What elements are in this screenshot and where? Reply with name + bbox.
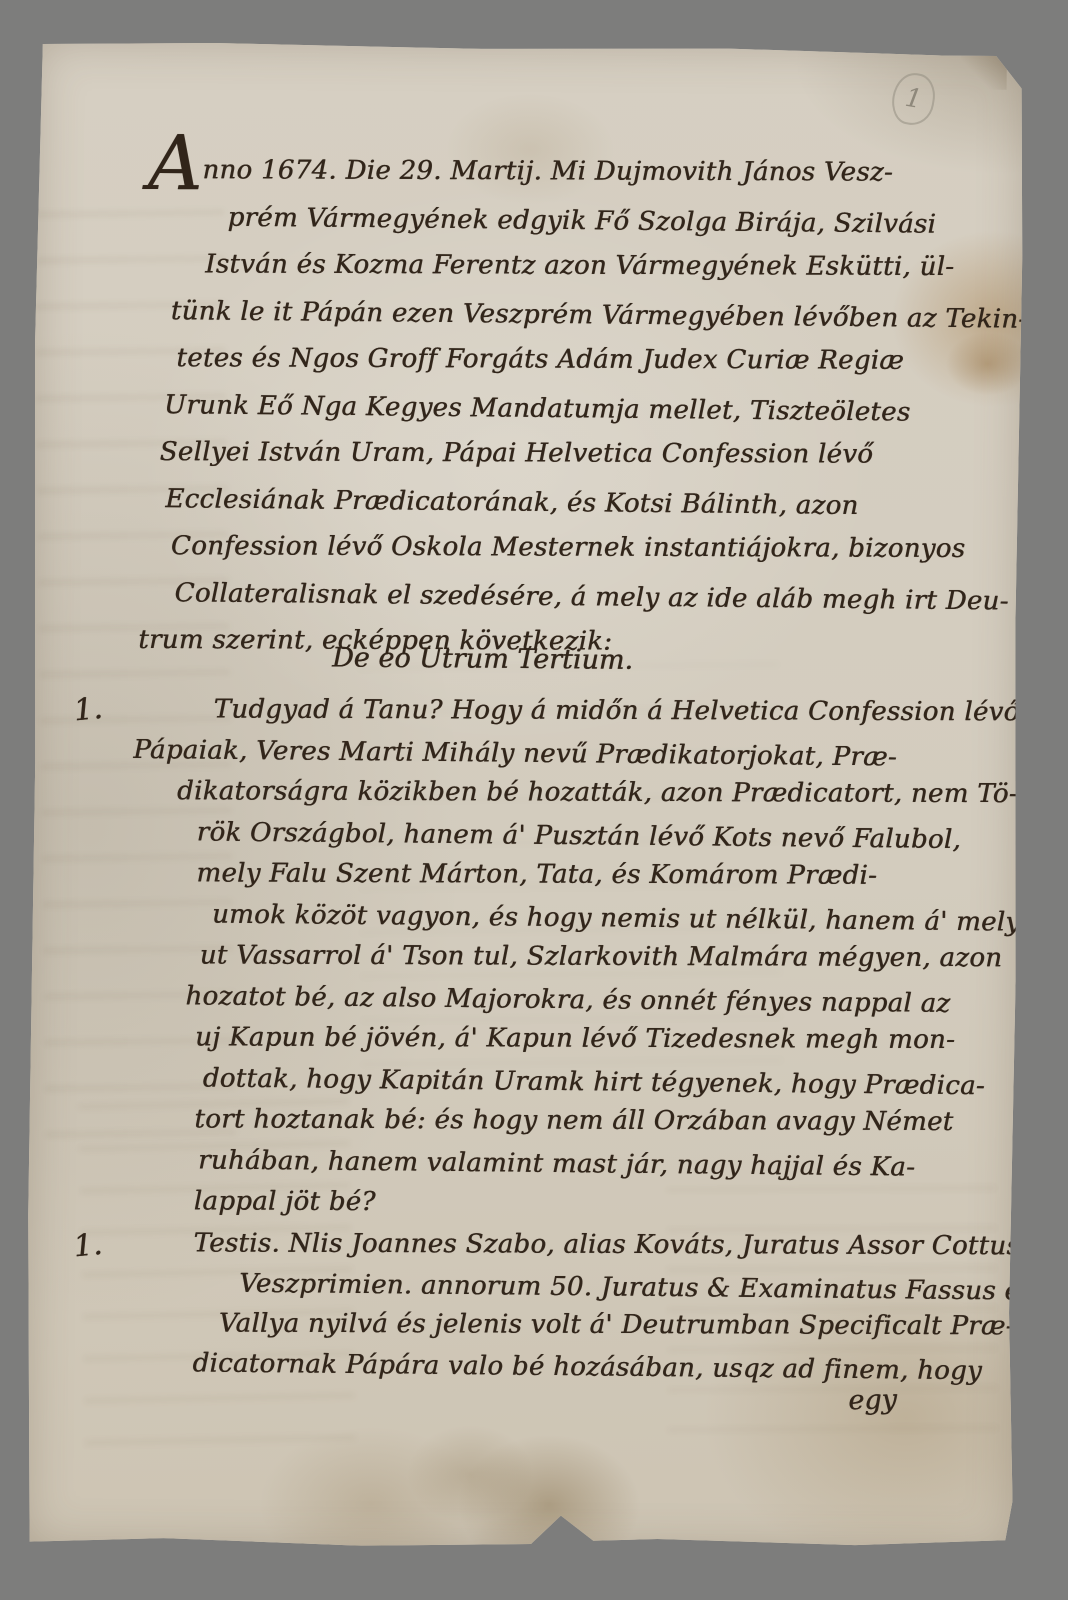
page-number-annotation: 1 <box>889 70 939 128</box>
manuscript-page: 1 Anno 1674. Die 29. Martij. Mi Dujmovit… <box>25 40 1025 1554</box>
manuscript-line: Anno 1674. Die 29. Martij. Mi Dujmovith … <box>148 147 1029 197</box>
manuscript-line: Confession lévő Oskola Mesternek instant… <box>171 523 1026 573</box>
manuscript-line: uj Kapun bé jövén, á' Kapun lévő Tizedes… <box>195 1017 1019 1061</box>
deutrum-heading: De eo Utrum Tertium. <box>332 634 633 683</box>
manuscript-line: Sellyei István Uram, Pápai Helvetica Con… <box>160 429 1027 479</box>
manuscript-line: tetes és Ngos Groff Forgáts Adám Judex C… <box>176 335 1027 385</box>
manuscript-line: ut Vassarrol á' Tson tul, Szlarkovith Ma… <box>200 935 1020 979</box>
manuscript-line: dicatornak Pápára valo bé hozásában, usq… <box>192 1343 1052 1392</box>
testis-paragraph: Testis. Nlis Joannes Szabo, alias Kováts… <box>96 1223 1053 1391</box>
manuscript-line: dikatorságra közikben bé hozatták, azon … <box>177 771 1021 815</box>
manuscript-line: Tudgyad á Tanu? Hogy á midőn á Helvetica… <box>214 690 1022 734</box>
manuscript-line: lappal jöt bé? <box>194 1181 1018 1225</box>
catchword: egy <box>848 1384 897 1416</box>
page-number: 1 <box>903 83 924 115</box>
folded-corner <box>961 51 1007 89</box>
manuscript-line: tort hoztanak bé: és hogy nem áll Orzába… <box>194 1099 1018 1143</box>
manuscript-line: István és Kozma Ferentz azon Vármegyének… <box>205 241 1028 291</box>
intro-paragraph: Anno 1674. Die 29. Martij. Mi Dujmovith … <box>102 147 1029 671</box>
manuscript-line: Testis. Nlis Joannes Szabo, alias Kováts… <box>193 1223 1053 1266</box>
question-paragraph: Tudgyad á Tanu? Hogy á midőn á Helvetica… <box>98 689 1022 1229</box>
manuscript-line: mely Falu Szent Márton, Tata, és Komárom… <box>196 853 1020 897</box>
manuscript-line: Vallya nyilvá és jelenis volt á' Deutrum… <box>219 1304 1053 1347</box>
